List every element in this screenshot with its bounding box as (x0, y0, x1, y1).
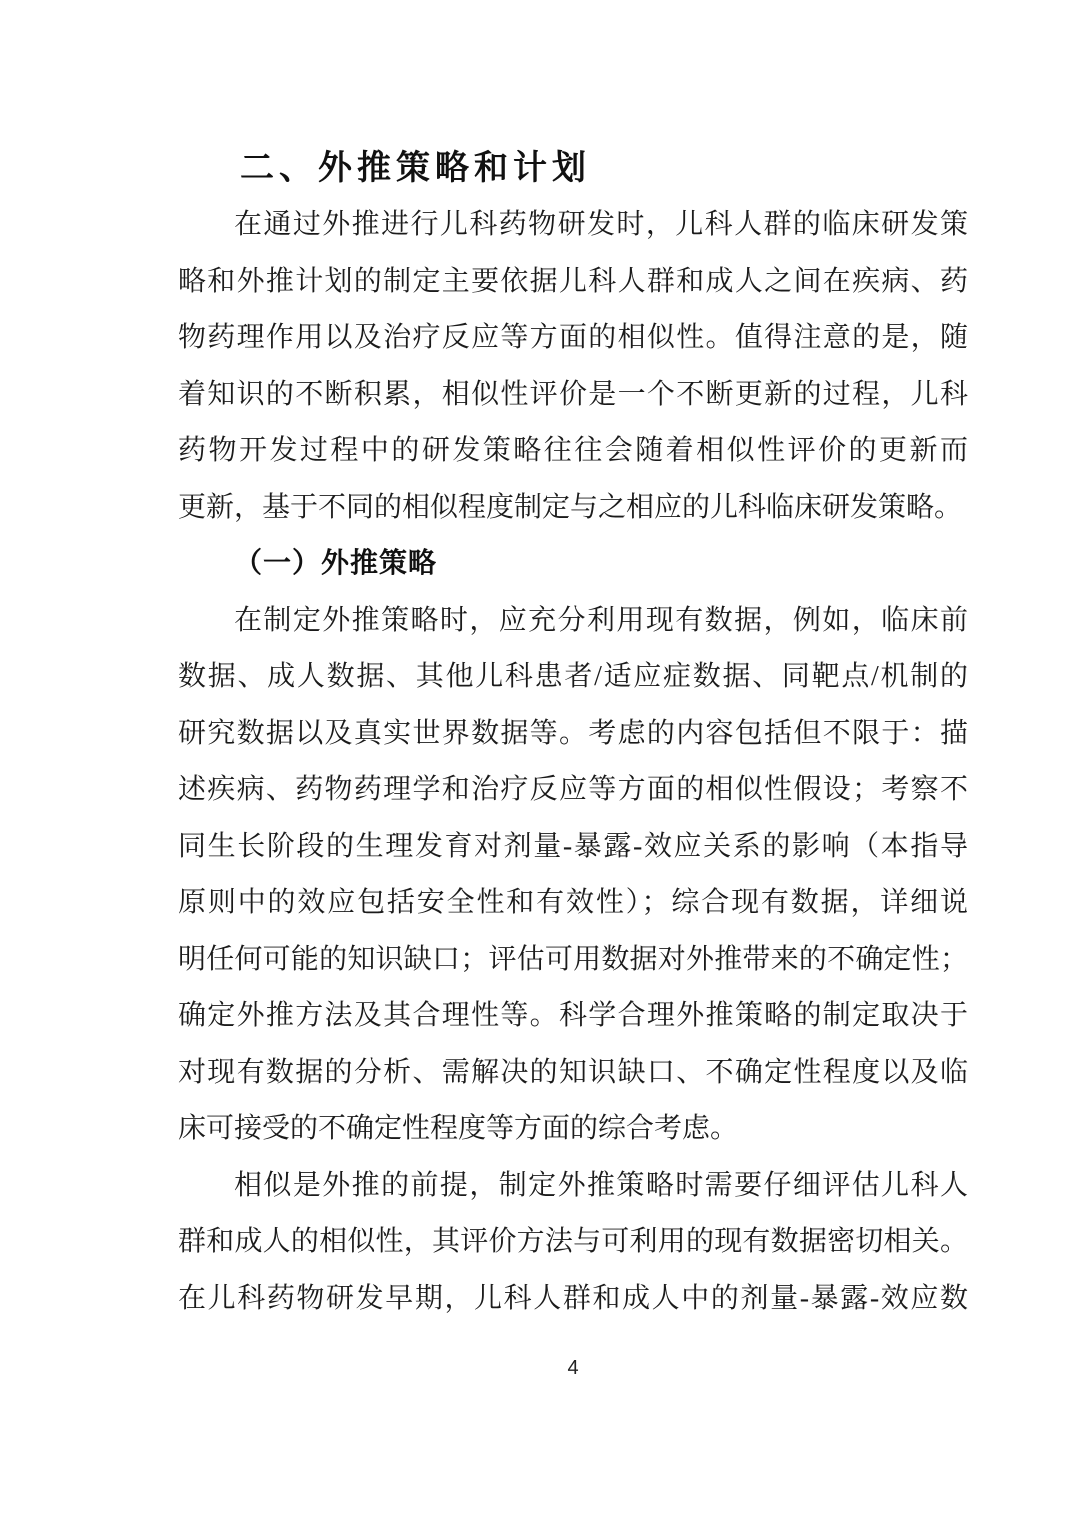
section-heading: 二、外推策略和计划 (178, 140, 968, 196)
text-line: 在通过外推进行儿科药物研发时，儿科人群的临床研发策 (178, 197, 968, 254)
document-body: 在通过外推进行儿科药物研发时，儿科人群的临床研发策 略和外推计划的制定主要依据儿… (178, 197, 968, 1327)
text-line: 确定外推方法及其合理性等。科学合理外推策略的制定取决于 (178, 988, 968, 1045)
document-page: 二、外推策略和计划 在通过外推进行儿科药物研发时，儿科人群的临床研发策 略和外推… (0, 0, 1080, 1527)
text-line: 对现有数据的分析、需解决的知识缺口、不确定性程度以及临 (178, 1045, 968, 1102)
text-line: 着知识的不断积累，相似性评价是一个不断更新的过程，儿科 (178, 367, 968, 424)
text-line: 床可接受的不确定性程度等方面的综合考虑。 (178, 1101, 968, 1158)
text-line: 群和成人的相似性，其评价方法与可利用的现有数据密切相关。 (178, 1214, 968, 1271)
sub-section-heading: （一）外推策略 (178, 536, 968, 593)
text-line: 原则中的效应包括安全性和有效性）；综合现有数据，详细说 (178, 875, 968, 932)
text-line: 在儿科药物研发早期，儿科人群和成人中的剂量-暴露-效应数 (178, 1271, 968, 1328)
text-line: 更新，基于不同的相似程度制定与之相应的儿科临床研发策略。 (178, 480, 968, 537)
text-line: 药物开发过程中的研发策略往往会随着相似性评价的更新而 (178, 423, 968, 480)
text-line: 相似是外推的前提，制定外推策略时需要仔细评估儿科人 (178, 1158, 968, 1215)
text-line: 在制定外推策略时，应充分利用现有数据，例如，临床前 (178, 593, 968, 650)
text-line: 同生长阶段的生理发育对剂量-暴露-效应关系的影响（本指导 (178, 819, 968, 876)
text-line: 研究数据以及真实世界数据等。考虑的内容包括但不限于：描 (178, 706, 968, 763)
page-number: 4 (178, 1352, 968, 1384)
text-line: 数据、成人数据、其他儿科患者/适应症数据、同靶点/机制的 (178, 649, 968, 706)
text-line: 述疾病、药物药理学和治疗反应等方面的相似性假设；考察不 (178, 762, 968, 819)
text-line: 略和外推计划的制定主要依据儿科人群和成人之间在疾病、药 (178, 254, 968, 311)
text-line: 物药理作用以及治疗反应等方面的相似性。值得注意的是，随 (178, 310, 968, 367)
text-line: 明任何可能的知识缺口；评估可用数据对外推带来的不确定性； (178, 932, 968, 989)
